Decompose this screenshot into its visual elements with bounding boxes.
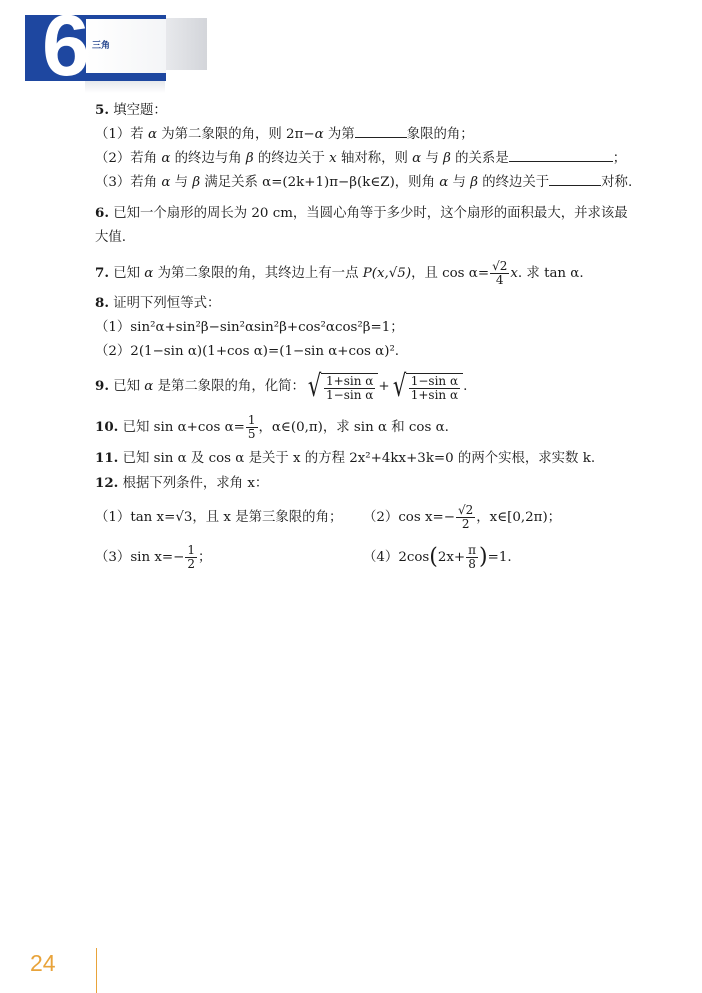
- text: 的终边关于: [258, 151, 325, 166]
- text: ；: [198, 550, 211, 565]
- item-label: （2）: [363, 510, 398, 525]
- problem-5-item-2: （2）若角 α 的终边与角 β 的终边关于 x 轴对称，则 α 与 β 的关系是…: [95, 147, 640, 171]
- right-paren: ): [479, 545, 488, 570]
- radical-sign: √: [392, 370, 405, 404]
- problem-12-row-2: （3）sin x=−12； （4）2cos(2x+π8)=1.: [95, 538, 640, 578]
- text: 已知: [113, 266, 140, 281]
- problem-8-item-1: （1）sin²α+sin²β−sin²αsin²β+cos²αcos²β=1；: [95, 316, 640, 340]
- header-shadow: [85, 81, 165, 93]
- problem-title: 填空题：: [113, 103, 167, 118]
- var-alpha: α: [412, 151, 421, 166]
- problem-12-title: 12. 根据下列条件，求角 x：: [95, 471, 640, 496]
- exercise-content: 5. 填空题： （1）若 α 为第二象限的角，则 2π−α 为第象限的角； （2…: [95, 98, 640, 578]
- problem-number: 10.: [95, 419, 118, 435]
- numerator: √2: [456, 504, 475, 518]
- text: .: [463, 379, 467, 394]
- problem-number: 7.: [95, 265, 109, 281]
- problem-11: 11. 已知 sin α 及 cos α 是关于 x 的方程 2x²+4kx+3…: [95, 446, 640, 471]
- text: 为第二象限的角，则 2π−: [161, 127, 314, 142]
- problem-number: 5.: [95, 102, 109, 118]
- text: =1.: [488, 550, 512, 565]
- sqrt-fraction-2: √1−sin α1+sin α: [390, 370, 463, 404]
- text: . 求 tan α.: [518, 266, 584, 281]
- var-beta: β: [192, 175, 200, 190]
- problem-5-item-1: （1）若 α 为第二象限的角，则 2π−α 为第象限的角；: [95, 123, 640, 147]
- text: 已知 sin α+cos α=: [123, 420, 245, 435]
- numerator: √2: [490, 260, 509, 274]
- var-x: x: [329, 151, 337, 166]
- chapter-number: 6: [42, 1, 88, 91]
- text: ，x∈[0,2π)；: [476, 510, 561, 525]
- var-alpha: α: [148, 127, 157, 142]
- problem-text: 已知 sin α 及 cos α 是关于 x 的方程 2x²+4kx+3k=0 …: [123, 451, 596, 466]
- var-beta: β: [443, 151, 451, 166]
- point-p: P(x,√5): [363, 266, 411, 281]
- problem-5-item-3: （3）若角 α 与 β 满足关系 α=(2k+1)π−β(k∈Z)，则角 α 与…: [95, 171, 640, 195]
- problem-title: 证明下列恒等式：: [113, 296, 220, 311]
- problem-7: 7. 已知 α 为第二象限的角，其终边上有一点 P(x,√5)，且 cos α=…: [95, 256, 640, 291]
- text: 是第二象限的角，化简：: [158, 379, 305, 394]
- item-label: （3）: [95, 550, 130, 565]
- var-alpha: α: [144, 379, 153, 394]
- var-alpha: α: [161, 151, 170, 166]
- fraction: √24: [490, 260, 509, 287]
- text: 2cos: [398, 550, 429, 565]
- problem-8-title: 8. 证明下列恒等式：: [95, 291, 640, 316]
- text: 与: [175, 175, 188, 190]
- denominator: 2: [185, 558, 197, 571]
- denominator: 5: [246, 428, 258, 441]
- problem-12-item-1: （1）tan x=√3，且 x 是第三象限的角；: [95, 498, 363, 538]
- text: ，α∈(0,π)，求 sin α 和 cos α.: [259, 420, 449, 435]
- text: 满足关系: [204, 175, 258, 190]
- page-number: 24: [30, 950, 56, 977]
- text: ；: [613, 151, 626, 166]
- problem-5-title: 5. 填空题：: [95, 98, 640, 123]
- problem-number: 8.: [95, 295, 109, 311]
- fraction: 12: [185, 544, 197, 571]
- var-alpha: α: [439, 175, 448, 190]
- text: 的关系是: [455, 151, 509, 166]
- text: ，则角: [395, 175, 435, 190]
- chapter-title: 三角: [92, 38, 110, 51]
- problem-title: 根据下列条件，求角 x：: [123, 476, 269, 491]
- text: 的终边关于: [482, 175, 549, 190]
- problem-6: 6. 已知一个扇形的周长为 20 cm，当圆心角等于多少时，这个扇形的面积最大，…: [95, 201, 640, 250]
- text: tan x=√3，且 x 是第三象限的角；: [130, 510, 342, 525]
- problem-12-item-3: （3）sin x=−12；: [95, 538, 363, 578]
- fraction: π8: [466, 544, 478, 571]
- text: sin x=−: [130, 550, 184, 565]
- fraction: 15: [246, 414, 258, 441]
- problem-12-item-4: （4）2cos(2x+π8)=1.: [363, 538, 512, 578]
- left-paren: (: [429, 545, 438, 570]
- formula: α=(2k+1)π−β(k∈Z): [262, 175, 395, 190]
- item-label: （4）: [363, 550, 398, 565]
- numerator: 1: [246, 414, 258, 428]
- problem-12-row-1: （1）tan x=√3，且 x 是第三象限的角； （2）cos x=−√22，x…: [95, 498, 640, 538]
- radical-sign: √: [308, 370, 321, 404]
- text: 为第二象限的角，其终边上有一点: [158, 266, 359, 281]
- text: 轴对称，则: [341, 151, 408, 166]
- text: （3）若角: [95, 175, 157, 190]
- text: 为第: [328, 127, 355, 142]
- text: 已知: [113, 379, 140, 394]
- denominator: 1−sin α: [324, 389, 375, 402]
- text: 与: [425, 151, 438, 166]
- var-alpha: α: [144, 266, 153, 281]
- answer-blank[interactable]: [355, 123, 407, 138]
- problem-number: 11.: [95, 450, 118, 466]
- var-beta: β: [246, 151, 254, 166]
- var-alpha: α: [161, 175, 170, 190]
- problem-text: 已知一个扇形的周长为 20 cm，当圆心角等于多少时，这个扇形的面积最大，并求该…: [95, 206, 628, 245]
- text: （2）若角: [95, 151, 157, 166]
- numerator: π: [466, 544, 478, 558]
- item-label: （1）: [95, 510, 130, 525]
- text: cos x=−: [398, 510, 455, 525]
- problem-number: 12.: [95, 475, 118, 491]
- problem-9: 9. 已知 α 是第二象限的角，化简：√1+sin α1−sin α+√1−si…: [95, 364, 640, 409]
- numerator: 1: [185, 544, 197, 558]
- text: 与: [453, 175, 466, 190]
- denominator: 4: [490, 274, 509, 287]
- var-alpha: α: [315, 127, 324, 142]
- text: 象限的角；: [407, 127, 474, 142]
- numerator: 1−sin α: [409, 375, 460, 389]
- denominator: 1+sin α: [409, 389, 460, 402]
- answer-blank[interactable]: [509, 147, 613, 162]
- sqrt-fraction-1: √1+sin α1−sin α: [305, 370, 378, 404]
- plus-sign: +: [378, 379, 389, 394]
- text: ，且 cos α=: [411, 266, 489, 281]
- text: 对称.: [601, 175, 632, 190]
- page-number-divider: [96, 948, 97, 993]
- problem-number: 9.: [95, 378, 109, 394]
- problem-8-item-2: （2）2(1−sin α)(1+cos α)=(1−sin α+cos α)².: [95, 340, 640, 364]
- text: 的终边与角: [175, 151, 242, 166]
- var-x: x: [510, 266, 518, 281]
- problem-10: 10. 已知 sin α+cos α=15，α∈(0,π)，求 sin α 和 …: [95, 409, 640, 446]
- denominator: 8: [466, 558, 478, 571]
- problem-number: 6.: [95, 205, 109, 221]
- fraction: √22: [456, 504, 475, 531]
- text: （1）若: [95, 127, 144, 142]
- numerator: 1+sin α: [324, 375, 375, 389]
- var-beta: β: [470, 175, 478, 190]
- text: 2x+: [438, 550, 465, 565]
- answer-blank[interactable]: [549, 171, 601, 186]
- chapter-header: 6 三角: [25, 15, 207, 81]
- denominator: 2: [456, 518, 475, 531]
- problem-12-item-2: （2）cos x=−√22，x∈[0,2π)；: [363, 498, 561, 538]
